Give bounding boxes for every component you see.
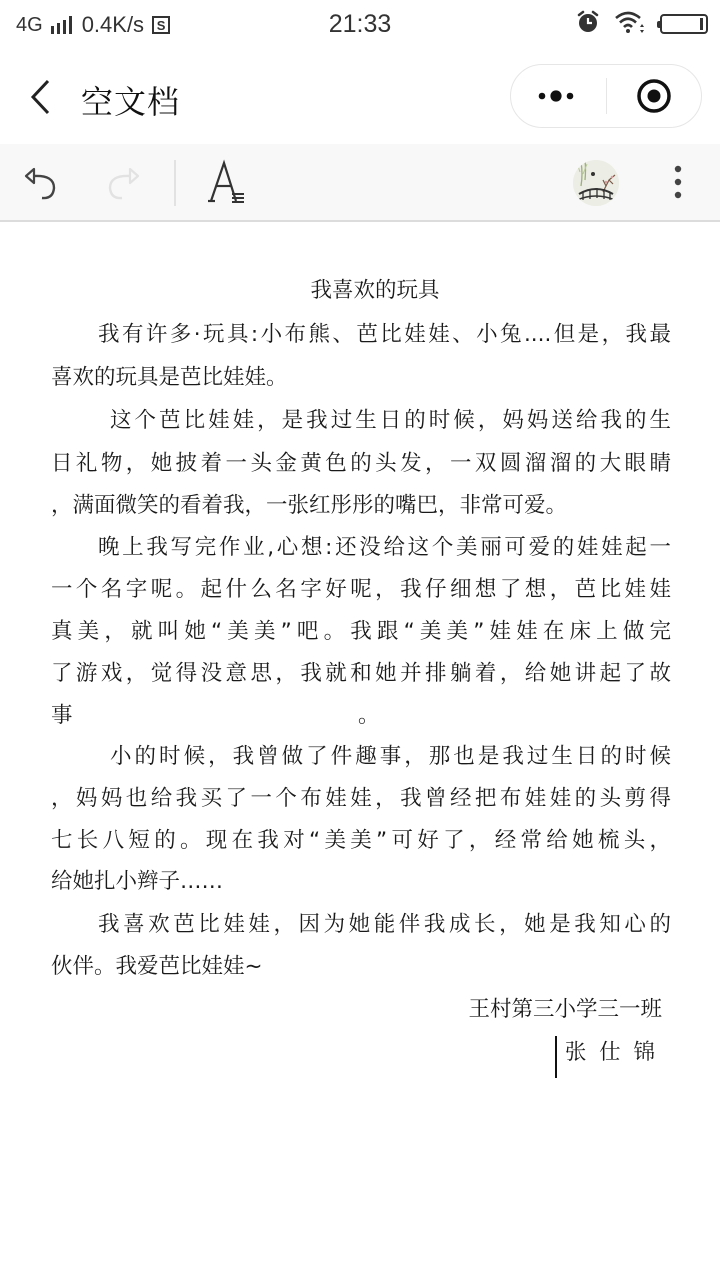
target-circle-icon	[635, 77, 673, 115]
redo-icon	[104, 162, 144, 202]
back-button[interactable]	[22, 76, 58, 118]
nav-bar: 空文档	[0, 50, 720, 144]
document-title: 我喜欢的玩具	[65, 270, 685, 312]
chevron-left-icon	[28, 79, 52, 115]
document-body[interactable]: 我喜欢的玩具 我有许多·玩具:小布熊、芭比娃娃、小兔....但是，我最 喜欢的玩…	[0, 224, 720, 1280]
page-title: 空文档	[81, 77, 180, 123]
status-right	[576, 10, 708, 38]
paragraph-line: 喜欢的玩具是芭比娃娃。	[51, 357, 671, 399]
close-miniprogram-button[interactable]	[607, 64, 702, 128]
alarm-icon	[576, 10, 600, 38]
paragraph-line: 我有许多·玩具:小布熊、芭比娃娃、小兔....但是，我最	[51, 314, 671, 356]
paragraph-line: 晚上我写完作业,心想:还没给这个美丽可爱的娃娃起一	[51, 527, 671, 569]
paragraph-line: 伙伴。我爱芭比娃娃~	[51, 946, 671, 988]
paragraph-line: 这个芭比娃娃，是我过生日的时候，妈妈送给我的生	[51, 400, 671, 442]
redo-button[interactable]	[102, 160, 146, 204]
paragraph-line: ，满面微笑的看着我，一张红彤彤的嘴巴，非常可爱。	[51, 485, 671, 527]
paragraph-line: 小的时候，我曾做了件趣事，那也是我过生日的时候	[51, 736, 671, 778]
paragraph-line: 我喜欢芭比娃娃，因为她能伴我成长，她是我知心的	[51, 904, 671, 946]
wifi-icon	[614, 10, 646, 38]
status-bar: 4G 0.4K/s S 21:33	[0, 0, 720, 50]
paragraph-line: 真美，就叫她“美美”吧。我跟“美美”娃娃在床上做完	[51, 611, 671, 653]
text-format-icon	[206, 158, 248, 208]
text-format-button[interactable]	[204, 158, 250, 208]
undo-icon	[20, 162, 60, 202]
paragraph-line: 一个名字呢。起什么名字好呢，我仔细想了想，芭比娃娃	[51, 569, 671, 611]
vertical-dots-icon	[672, 162, 684, 202]
battery-icon	[660, 14, 708, 34]
paragraph-period: 。	[358, 695, 398, 737]
text-cursor	[555, 1036, 557, 1078]
avatar[interactable]	[573, 160, 619, 206]
mini-program-capsule	[510, 64, 702, 128]
more-button[interactable]	[511, 64, 606, 128]
paragraph-line: 了游戏，觉得没意思，我就和她并排躺着，给她讲起了故	[51, 653, 671, 695]
undo-button[interactable]	[18, 160, 62, 204]
paragraph-line: 给她扎小辫子……	[51, 861, 671, 903]
more-dots-icon	[536, 90, 580, 102]
paragraph-line: 日礼物，她披着一头金黄色的头发，一双圆溜溜的大眼睛	[51, 443, 671, 485]
landscape-avatar-icon	[573, 160, 619, 206]
paragraph-line: ，妈妈也给我买了一个布娃娃，我曾经把布娃娃的头剪得	[51, 778, 671, 820]
school-signature: 王村第三小学三一班	[51, 989, 662, 1031]
paragraph-line: 七长八短的。现在我对“美美”可好了，经常给她梳头，	[51, 820, 671, 862]
author-signature: 张 仕 锦	[51, 1032, 655, 1074]
toolbar-divider	[174, 160, 176, 206]
more-menu-button[interactable]	[656, 160, 700, 204]
